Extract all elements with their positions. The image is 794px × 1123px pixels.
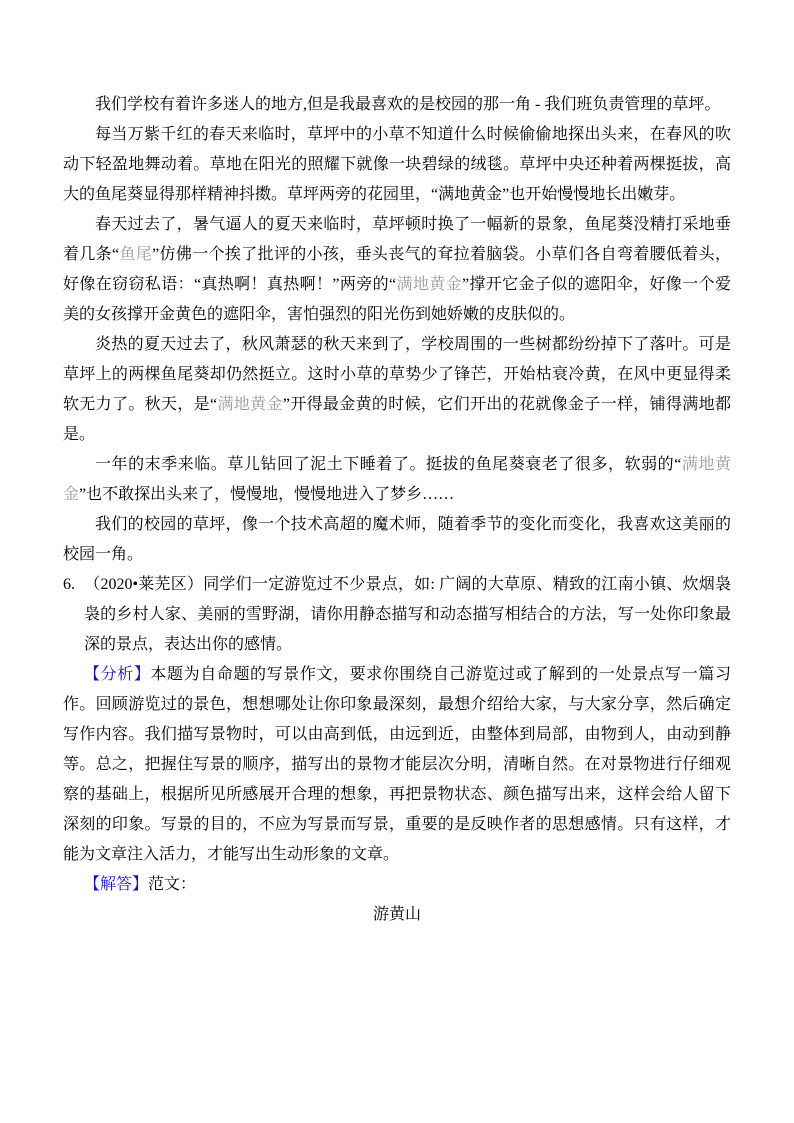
essay-paragraph: 每当万紫千红的春天来临时，草坪中的小草不知道什么时候偷偷地探出头来，在春风的吹动… (63, 120, 731, 210)
essay-paragraph: 我们学校有着许多迷人的地方,但是我最喜欢的是校园的那一角 - 我们班负责管理的草… (63, 90, 731, 120)
text-segment: 一年的末季来临。草儿钻回了泥土下睡着了。挺拔的鱼尾葵衰老了很多，软弱的“ (95, 456, 681, 473)
analysis-text: 本题为自命题的写景作文，要求你围绕自己游览过或了解到的一处景点写一篇习作。回顾游… (63, 666, 731, 863)
essay-paragraph: 春天过去了，暑气逼人的夏天来临时，草坪顿时换了一幅新的景象，鱼尾葵没精打采地垂着… (63, 210, 731, 330)
analysis-label: 【分析】 (84, 666, 150, 683)
essay: 我们学校有着许多迷人的地方,但是我最喜欢的是校园的那一角 - 我们班负责管理的草… (63, 90, 731, 570)
answer-text: 范文： (148, 876, 196, 893)
question-text: （2020•莱芜区）同学们一定游览过不少景点，如: 广阔的大草原、精致的江南小镇… (84, 576, 731, 653)
question-number: 6. (63, 570, 84, 600)
highlighted-phrase: 鱼尾 (119, 246, 152, 263)
highlighted-phrase: 满地黄金 (396, 276, 462, 293)
question-item: 6.（2020•莱芜区）同学们一定游览过不少景点，如: 广阔的大草原、精致的江南… (84, 570, 731, 660)
text-segment: 每当万紫千红的春天来临时，草坪中的小草不知道什么时候偷偷地探出头来，在春风的吹动… (63, 126, 731, 203)
answer-label: 【解答】 (84, 876, 148, 893)
essay-paragraph: 一年的末季来临。草儿钻回了泥土下睡着了。挺拔的鱼尾葵衰老了很多，软弱的“满地黄金… (63, 450, 731, 510)
text-segment: 我们学校有着许多迷人的地方,但是我最喜欢的是校园的那一角 - 我们班负责管理的草… (95, 96, 720, 113)
text-segment: ”也不敢探出头来了，慢慢地，慢慢地进入了梦乡…… (79, 486, 454, 503)
document-page: 我们学校有着许多迷人的地方,但是我最喜欢的是校园的那一角 - 我们班负责管理的草… (0, 0, 794, 1123)
text-segment: 我们的校园的草坪，像一个技术高超的魔术师，随着季节的变化而变化，我喜欢这美丽的校… (63, 516, 731, 563)
essay-paragraph: 我们的校园的草坪，像一个技术高超的魔术师，随着季节的变化而变化，我喜欢这美丽的校… (63, 510, 731, 570)
model-essay-title: 游黄山 (63, 900, 731, 930)
analysis-paragraph: 【分析】本题为自命题的写景作文，要求你围绕自己游览过或了解到的一处景点写一篇习作… (63, 660, 731, 870)
essay-paragraph: 炎热的夏天过去了，秋风萧瑟的秋天来到了，学校周围的一些树都纷纷掉下了落叶。可是草… (63, 330, 731, 450)
highlighted-phrase: 满地黄金 (217, 396, 283, 413)
answer-paragraph: 【解答】范文： (63, 870, 731, 900)
